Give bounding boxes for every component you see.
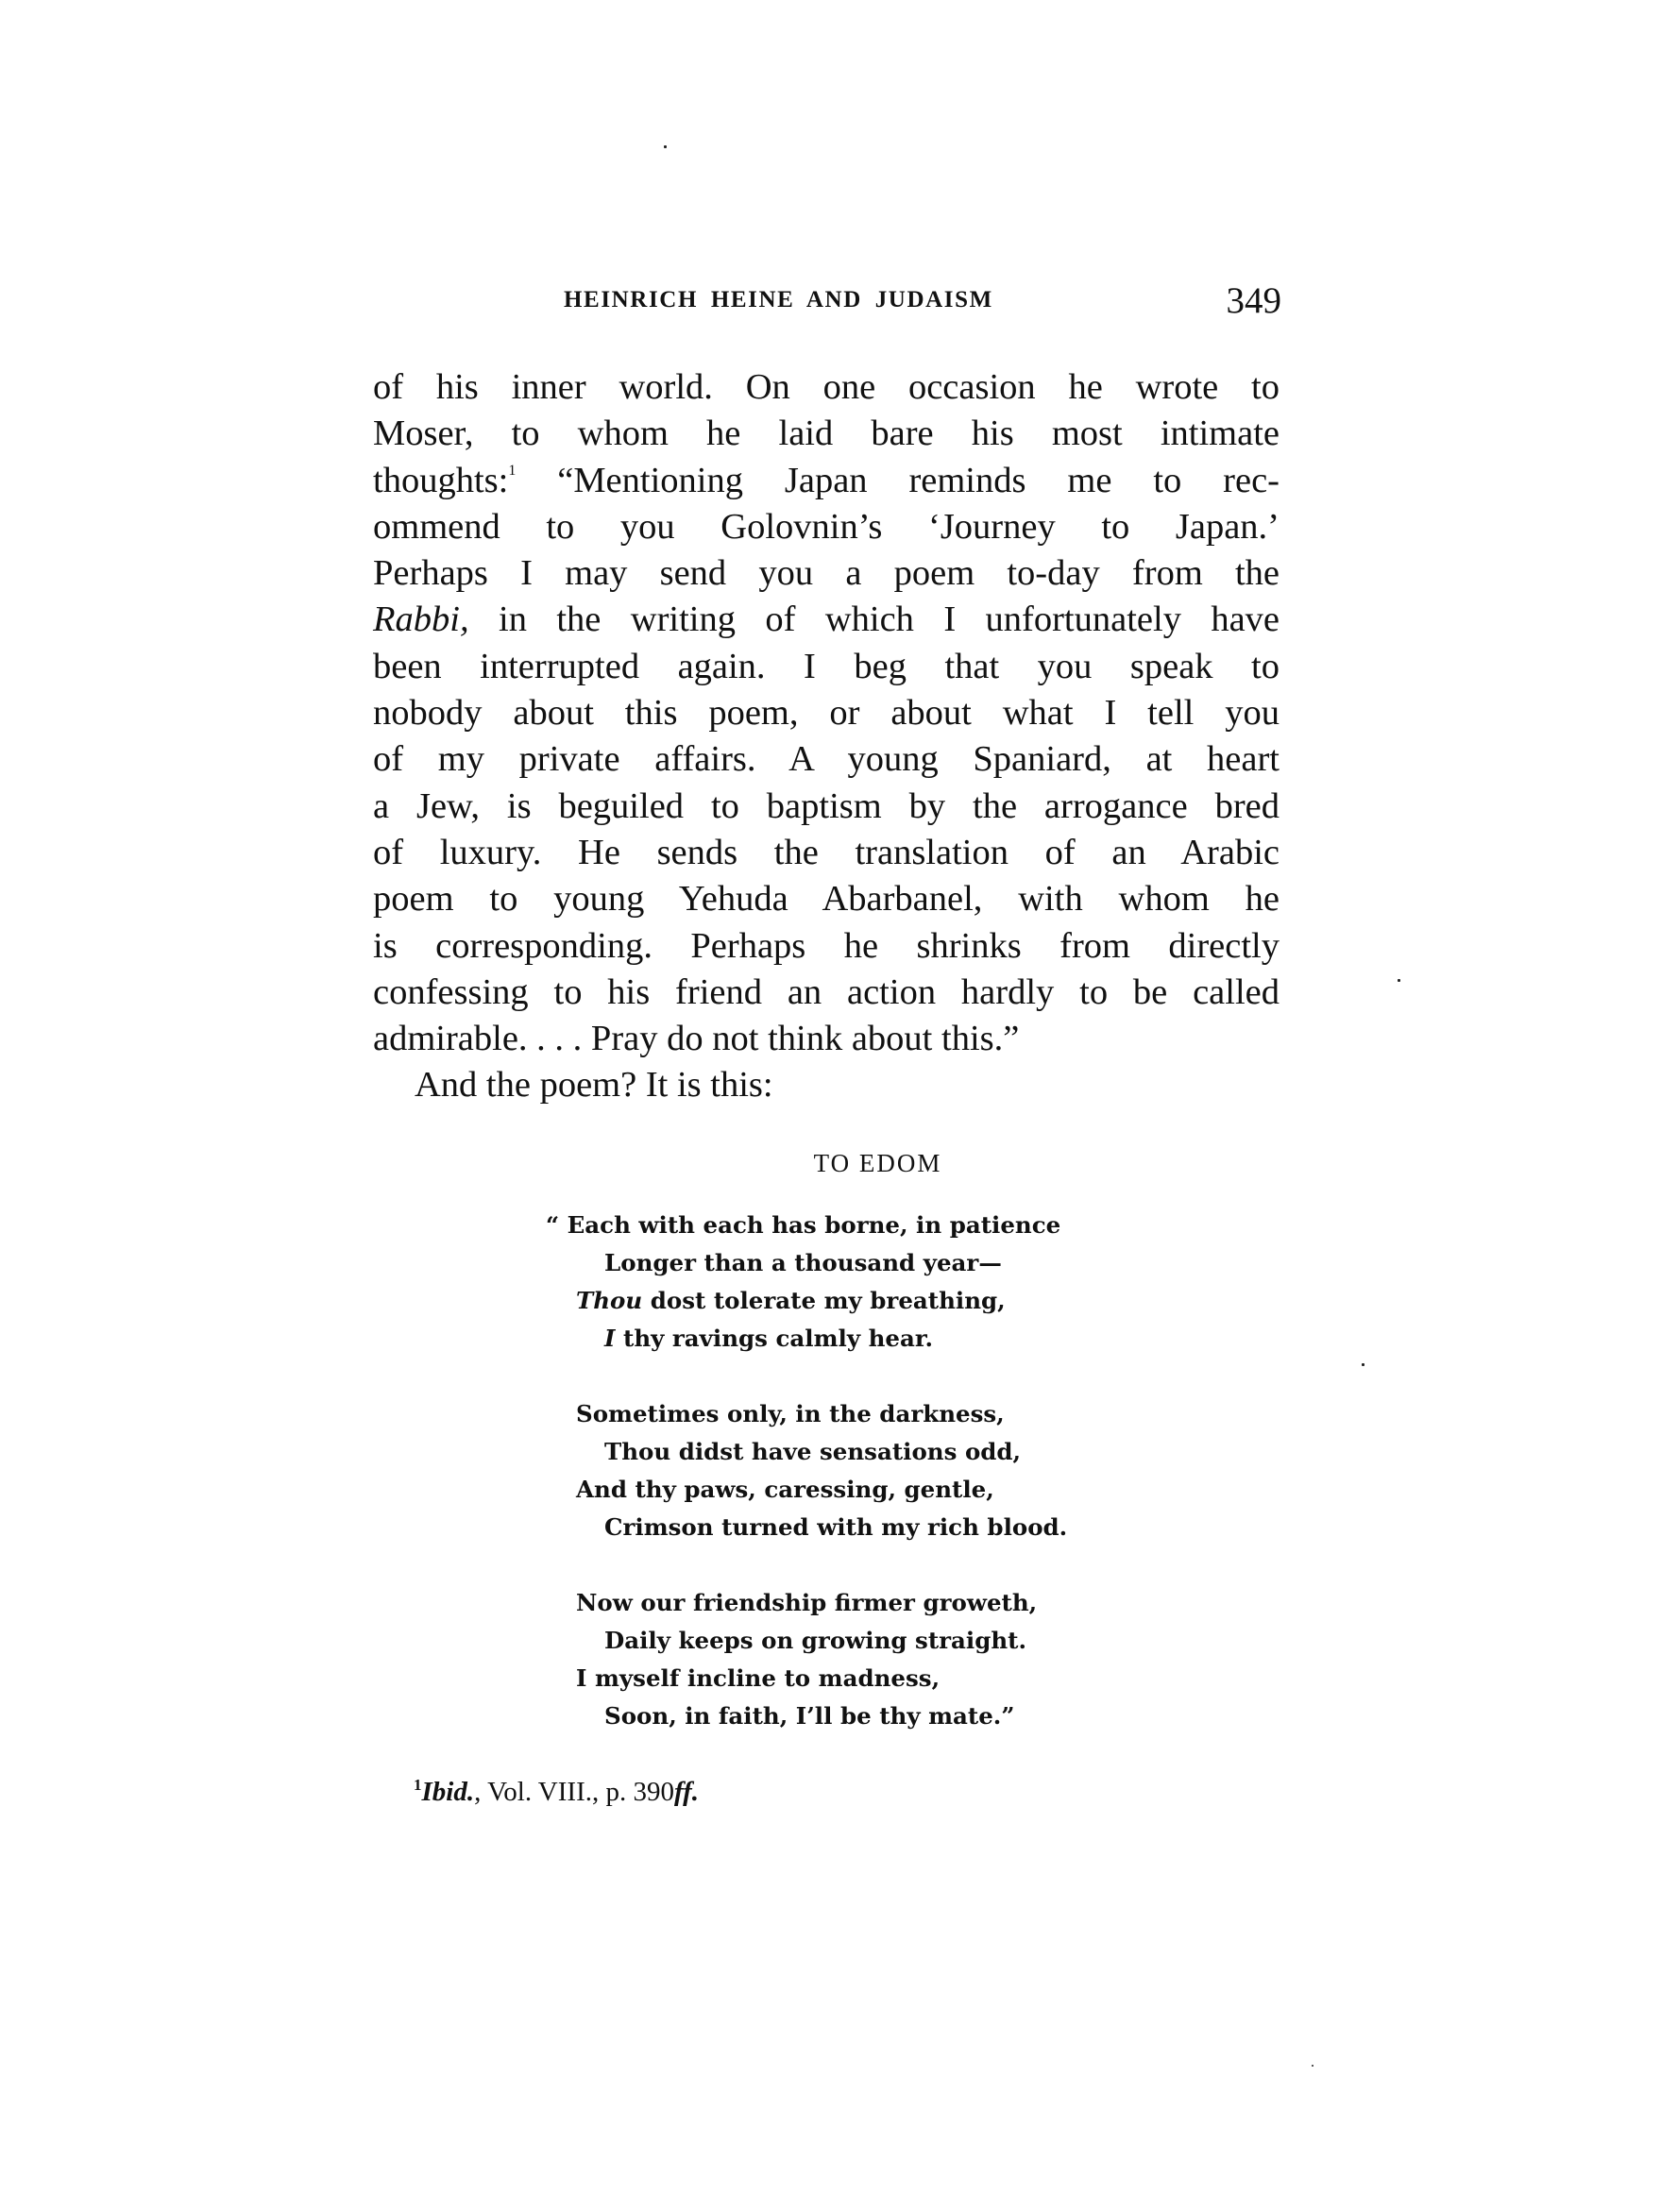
body-line: of his inner world. On one occasion he w… (373, 364, 1280, 411)
body-line: is corresponding. Perhaps he shrinks fro… (373, 923, 1280, 970)
poem-line-text: dost tolerate my breathing, (642, 1287, 1006, 1314)
body-line-text: in the writing of which I unfortunately … (499, 599, 1280, 639)
body-line: confessing to his friend an action hardl… (373, 970, 1280, 1016)
scan-speck (664, 145, 667, 148)
footnote-suffix: ff. (674, 1777, 699, 1807)
poem-line: Longer than a thousand year— (546, 1244, 1067, 1282)
poem-title: TO EDOM (0, 1149, 1661, 1178)
body-line: nobody about this poem, or about what I … (373, 690, 1280, 736)
footnote: 1Ibid., Vol. VIII., p. 390ff. (414, 1777, 699, 1808)
poem-line: Thou dost tolerate my breathing, (546, 1282, 1067, 1320)
body-line: And the poem? It is this: (373, 1062, 1280, 1108)
poem: “ Each with each has borne, in patience … (546, 1207, 1067, 1773)
running-head: HEINRICH HEINE AND JUDAISM 349 (564, 283, 1281, 321)
footnote-mark: 1 (414, 1776, 422, 1794)
italic-title-rabbi: Rabbi, (373, 599, 469, 639)
body-line: Perhaps I may send you a poem to-day fro… (373, 550, 1280, 597)
poem-line: “ Each with each has borne, in patience (546, 1207, 1067, 1244)
body-line: admirable. . . . Pray do not think about… (373, 1016, 1280, 1062)
body-line: a Jew, is beguiled to baptism by the arr… (373, 784, 1280, 830)
body-line: been interrupted again. I beg that you s… (373, 644, 1280, 690)
footnote-source: Ibid. (422, 1777, 475, 1807)
body-line: poem to young Yehuda Abarbanel, with who… (373, 876, 1280, 922)
poem-line: Now our friendship firmer groweth, (546, 1584, 1067, 1622)
scan-speck (1398, 979, 1400, 982)
body-line: of luxury. He sends the translation of a… (373, 830, 1280, 876)
poem-stanza-3: Now our friendship firmer groweth, Daily… (546, 1584, 1067, 1735)
body-line: Moser, to whom he laid bare his most int… (373, 411, 1280, 457)
poem-italic-word: I (604, 1325, 615, 1352)
poem-stanza-2: Sometimes only, in the darkness, Thou di… (546, 1395, 1067, 1546)
poem-line: And thy paws, caressing, gentle, (546, 1471, 1067, 1509)
poem-line: I myself incline to madness, (546, 1660, 1067, 1697)
poem-line-text: thy ravings calmly hear. (615, 1325, 933, 1352)
body-paragraph: of his inner world. On one occasion he w… (373, 364, 1280, 1109)
body-line-text: “Mentioning Japan reminds me to rec- (516, 461, 1280, 500)
poem-line: I thy ravings calmly hear. (546, 1320, 1067, 1358)
footnote-text: , Vol. VIII., p. 390 (474, 1777, 674, 1807)
poem-line: Daily keeps on growing straight. (546, 1622, 1067, 1660)
poem-italic-word: Thou (576, 1287, 642, 1314)
body-line: ommend to you Golovnin’s ‘Journey to Jap… (373, 504, 1280, 550)
poem-line: Sometimes only, in the darkness, (546, 1395, 1067, 1433)
poem-line: Thou didst have sensations odd, (546, 1433, 1067, 1471)
scan-speck (1312, 2065, 1314, 2067)
poem-line: Crimson turned with my rich blood. (546, 1509, 1067, 1546)
body-line-text: thoughts: (373, 461, 508, 500)
body-line: Rabbi, in the writing of which I unfortu… (373, 597, 1280, 643)
scan-speck (1362, 1363, 1364, 1366)
running-title: HEINRICH HEINE AND JUDAISM (564, 287, 993, 313)
body-line: of my private affairs. A young Spaniard,… (373, 736, 1280, 783)
poem-line: Soon, in faith, I’ll be thy mate.” (546, 1697, 1067, 1735)
poem-stanza-1: “ Each with each has borne, in patience … (546, 1207, 1067, 1358)
page-number: 349 (1227, 279, 1282, 322)
body-line: thoughts:1 “Mentioning Japan reminds me … (373, 458, 1280, 504)
